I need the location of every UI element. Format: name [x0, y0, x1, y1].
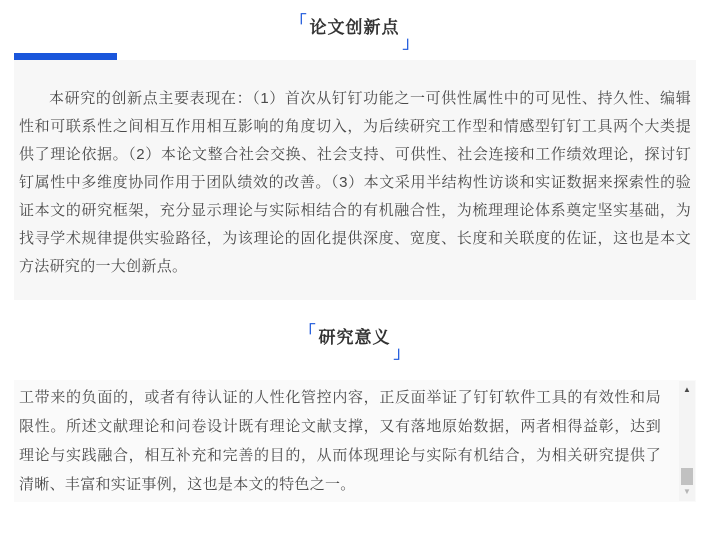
corner-bracket-open-icon: 「	[299, 324, 316, 341]
scrollbar-thumb[interactable]	[681, 468, 693, 485]
significance-scrollbox[interactable]: 工带来的负面的，或者有待认证的人性化管控内容，正反面举证了钉钉软件工具的有效性和…	[14, 380, 696, 502]
innovation-paragraph: 本研究的创新点主要表现在：（1）首次从钉钉功能之一可供性属性中的可见性、持久性、…	[19, 85, 691, 281]
scrollbar[interactable]: ▲ ▼	[679, 381, 695, 501]
section-title-significance: 「研究意义」	[0, 327, 710, 350]
significance-text: 工带来的负面的，或者有待认证的人性化管控内容，正反面举证了钉钉软件工具的有效性和…	[19, 383, 661, 499]
scroll-up-arrow-icon[interactable]: ▲	[679, 385, 695, 395]
accent-bar	[14, 53, 117, 60]
title-text-significance: 研究意义	[319, 328, 391, 347]
corner-bracket-close-icon: 」	[403, 35, 420, 52]
corner-bracket-open-icon: 「	[290, 14, 307, 31]
title-text-innovation: 论文创新点	[310, 18, 400, 37]
innovation-panel: 本研究的创新点主要表现在：（1）首次从钉钉功能之一可供性属性中的可见性、持久性、…	[14, 60, 696, 300]
document-page: 「论文创新点」 本研究的创新点主要表现在：（1）首次从钉钉功能之一可供性属性中的…	[0, 0, 710, 535]
scroll-down-arrow-icon[interactable]: ▼	[679, 487, 695, 497]
corner-bracket-close-icon: 」	[394, 345, 411, 362]
section-title-innovation: 「论文创新点」	[0, 17, 710, 40]
